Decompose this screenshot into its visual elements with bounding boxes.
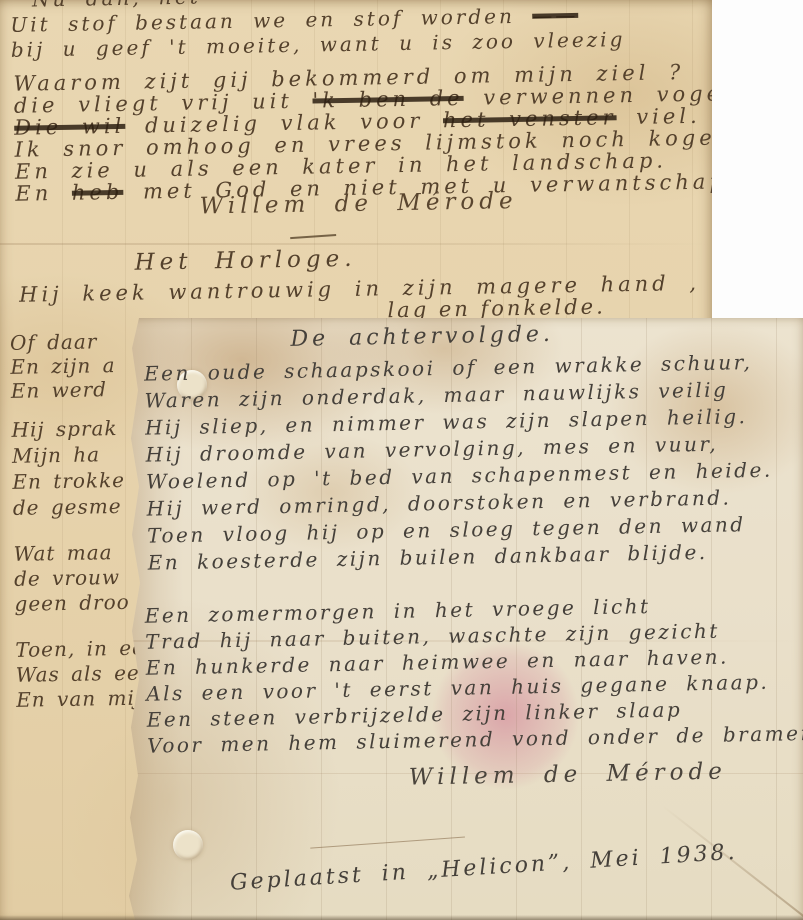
handwritten-line: En werd — [11, 377, 117, 403]
handwritten-line: de vrouw — [14, 565, 130, 592]
poem-stanza-1: Een oude schaapskooi of een wrakke schuu… — [144, 350, 775, 578]
handwritten-line: geen droo — [14, 590, 130, 617]
text-run: Mijn ha — [12, 442, 101, 468]
handwritten-line: Mijn ha — [12, 442, 125, 470]
publication-note: Geplaatst in „Helicon”, Mei 1938. — [229, 840, 738, 896]
handwritten-line: En van mij — [16, 686, 146, 713]
text-run: Of daar — [10, 329, 98, 355]
poem-title-horloge: Het Horloge. — [134, 246, 356, 276]
struck-text: heb — [72, 180, 124, 205]
struck-text: —— — [532, 3, 578, 28]
text-run: En werd — [11, 377, 108, 403]
author-signature: Willem de Mérode — [199, 188, 517, 220]
text-run: Was als ee — [16, 661, 140, 687]
text-run: Wat maa — [13, 540, 112, 566]
handwritten-line: Of daar — [10, 329, 116, 355]
handwritten-line: En trokke — [12, 468, 125, 496]
handwritten-line: Wat maa — [13, 540, 129, 567]
divider-dash — [290, 234, 336, 239]
handwritten-line: En zijn a — [10, 353, 116, 379]
text-run: En — [15, 181, 72, 206]
handwritten-line: Hij sprak — [11, 416, 124, 444]
text-run: En van mij — [16, 686, 142, 712]
text-run: En zijn a — [10, 353, 116, 379]
text-run: Hij sprak — [11, 416, 117, 442]
pencil-underline — [310, 837, 465, 849]
handwritten-line: Was als ee — [16, 661, 146, 688]
top-fragment-lines: Nu dan, hetUit stof bestaan we en stof w… — [10, 0, 626, 63]
manuscript-scan: Nu dan, hetUit stof bestaan we en stof w… — [0, 0, 803, 920]
manuscript-sheet-2: De achtervolgde. Een oude schaapskooi of… — [127, 318, 803, 920]
poem-stanza-2: Een zomermorgen in het vroege lichtTrad … — [144, 591, 803, 760]
left-fragment-group: Toen, in eeWas als eeEn van mij — [15, 636, 146, 713]
poem-title-achtervolgde: De achtervolgde. — [290, 322, 554, 352]
text-run: Toen, in ee — [15, 636, 145, 662]
handwritten-line: de gesme — [13, 494, 126, 522]
left-fragment-group: Hij sprakMijn haEn trokkede gesme — [11, 416, 125, 522]
text-run: En trokke — [12, 468, 125, 494]
poem-untitled: Waarom zijt gij bekommerd om mijn ziel ?… — [13, 59, 712, 204]
left-fragment-group: Wat maade vrouwgeen droo — [13, 540, 129, 617]
text-run: de vrouw — [14, 565, 120, 591]
handwritten-line: Toen, in ee — [15, 636, 145, 663]
left-fragment-group: Of daarEn zijn aEn werd — [10, 329, 116, 403]
text-run: de gesme — [13, 494, 122, 520]
author-signature: Willem de Mérode — [409, 759, 727, 791]
sheet2-handwriting: De achtervolgde. Een oude schaapskooi of… — [127, 318, 803, 920]
text-run: geen droo — [14, 590, 130, 616]
